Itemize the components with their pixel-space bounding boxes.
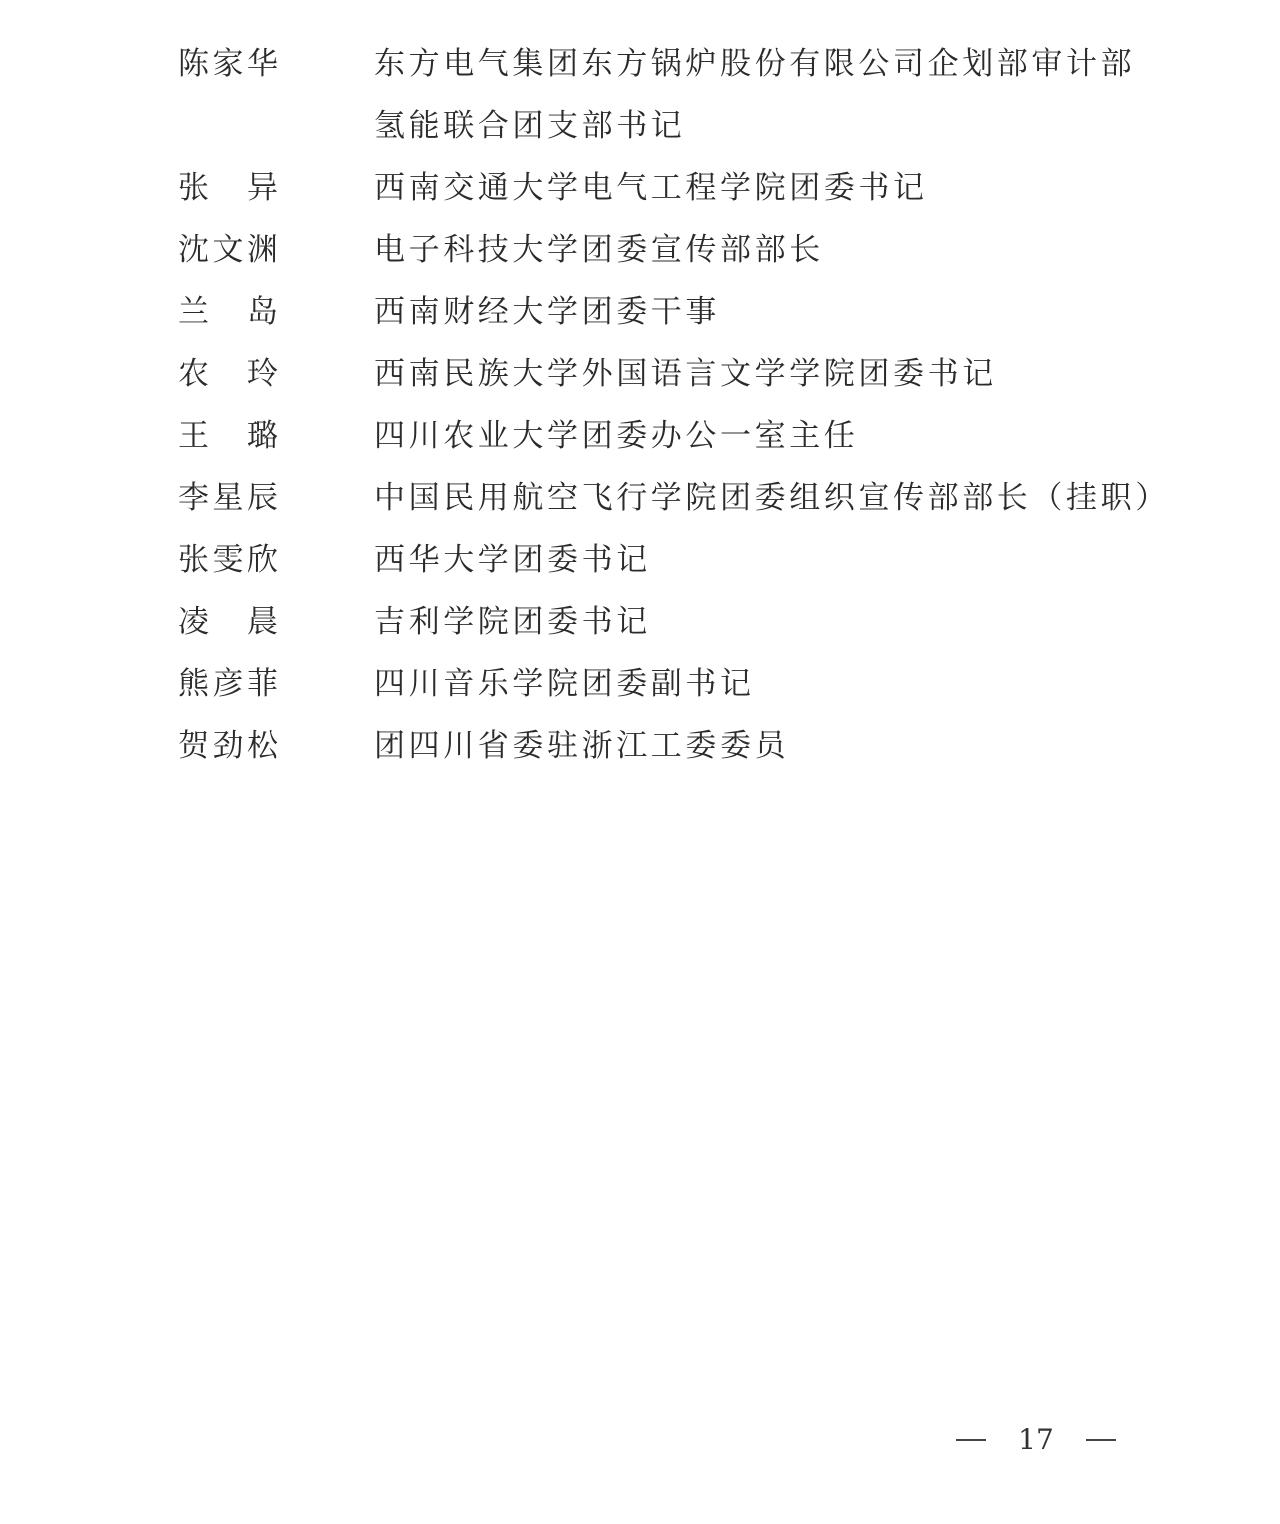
person-name: 贺 劲 松 — [178, 726, 278, 766]
document-page: 陈 家 华 东方电气集团东方锅炉股份有限公司企划部审计部 氢能联合团支部书记 张… — [0, 0, 1280, 1524]
person-name: 熊 彦 菲 — [178, 664, 278, 704]
person-position: 西南财经大学团委干事 — [374, 292, 1174, 354]
person-name: 农 玲 — [178, 354, 278, 394]
person-name: 兰 岛 — [178, 292, 278, 332]
person-name: 陈 家 华 — [178, 44, 278, 84]
person-name: 凌 晨 — [178, 602, 278, 642]
person-name: 李 星 辰 — [178, 478, 278, 518]
person-position: 团四川省委驻浙江工委委员 — [374, 726, 1174, 788]
person-name: 王 璐 — [178, 416, 278, 456]
person-position: 西南民族大学外国语言文学学院团委书记 — [374, 354, 1174, 416]
person-position: 吉利学院团委书记 — [374, 602, 1174, 664]
dash-right — [1086, 1439, 1116, 1441]
person-position: 四川音乐学院团委副书记 — [374, 664, 1174, 726]
person-position: 西华大学团委书记 — [374, 540, 1174, 602]
person-position: 中国民用航空飞行学院团委组织宣传部部长（挂职） — [374, 478, 1174, 540]
person-position: 电子科技大学团委宣传部部长 — [374, 230, 1174, 292]
person-position: 东方电气集团东方锅炉股份有限公司企划部审计部 氢能联合团支部书记 — [374, 44, 1174, 168]
person-name: 沈 文 渊 — [178, 230, 278, 270]
person-name: 张 异 — [178, 168, 278, 208]
person-name: 张 雯 欣 — [178, 540, 278, 580]
page-number: 17 — [956, 1422, 1116, 1458]
person-position: 西南交通大学电气工程学院团委书记 — [374, 168, 1174, 230]
person-position: 四川农业大学团委办公一室主任 — [374, 416, 1174, 478]
dash-left — [956, 1439, 986, 1441]
